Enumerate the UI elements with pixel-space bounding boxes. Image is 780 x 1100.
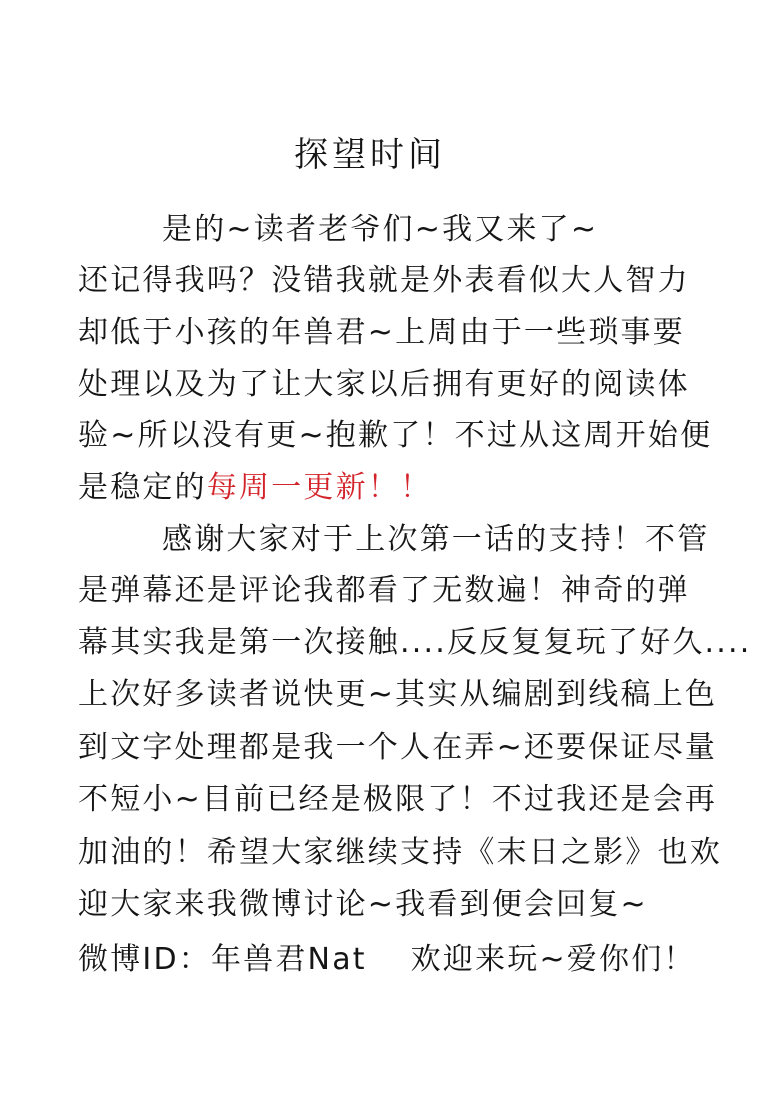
text-line-9: 幕其实我是第一次接触....反反复复玩了好久....	[78, 623, 752, 663]
update-schedule-highlight: 每周一更新！！	[207, 470, 432, 505]
text-line-1: 是的~读者老爷们~我又来了~	[162, 210, 598, 250]
page-title: 探望时间	[0, 133, 740, 177]
text-line-8: 是弹幕还是评论我都看了无数遍！神奇的弹	[78, 571, 690, 611]
text-line-15-weibo-id: 微博ID：年兽君Nat 欢迎来玩~爱你们！	[78, 940, 696, 980]
text-line-3: 却低于小孩的年兽君~上周由于一些琐事要	[78, 313, 685, 353]
text-line-7: 感谢大家对于上次第一话的支持！不管	[162, 520, 709, 560]
text-line-11: 到文字处理都是我一个人在弄~还要保证尽量	[78, 728, 717, 768]
text-line-4: 处理以及为了让大家以后拥有更好的阅读体	[78, 365, 690, 405]
text-line-6: 是稳定的每周一更新！！	[78, 468, 432, 508]
text-line-6-lead: 是稳定的	[78, 470, 207, 505]
text-line-14: 迎大家来我微博讨论~我看到便会回复~	[78, 885, 648, 925]
text-line-13: 加油的！希望大家继续支持《末日之影》也欢	[78, 833, 722, 873]
text-line-2: 还记得我吗？没错我就是外表看似大人智力	[78, 261, 690, 301]
text-line-5: 验~所以没有更~抱歉了！不过从这周开始便	[78, 416, 712, 456]
handwritten-note-page: 探望时间 是的~读者老爷们~我又来了~ 还记得我吗？没错我就是外表看似大人智力 …	[0, 0, 780, 1100]
text-line-12: 不短小~目前已经是极限了！不过我还是会再	[78, 780, 717, 820]
text-line-10: 上次好多读者说快更~其实从编剧到线稿上色	[78, 675, 717, 715]
